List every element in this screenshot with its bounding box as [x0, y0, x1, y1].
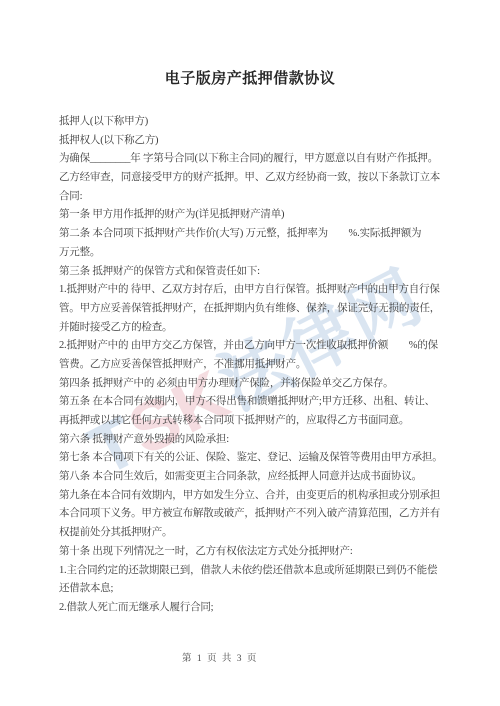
document-line: 乙方经审查，同意接受甲方的财产抵押。甲、乙双方经协商一致，按以下条款订立本: [59, 169, 451, 188]
document-line: 第六条 抵押财产意外毁损的风险承担:: [59, 431, 451, 450]
document-line: 第一条 甲方用作抵押的财产为(详见抵押财产清单): [59, 206, 451, 225]
document-line: 第八条 本合同生效后，如需变更主合同条款，应经抵押人同意并达成书面协议。: [59, 468, 451, 487]
document-line: 管。甲方应妥善保管抵押财产，在抵押期内负有维修、保养，保证完好无损的责任，: [59, 300, 451, 319]
document-line: 第四条 抵押财产中的 必须由甲方办理财产保险，并将保险单交乙方保存。: [59, 375, 451, 394]
document-line: 1.主合同约定的还款期限已到，借款人未依约偿还借款本息或所延期限已到仍不能偿: [59, 562, 451, 581]
document-line: 抵押人(以下称甲方): [59, 113, 451, 132]
document-line: 第十条 出现下列情况之一时，乙方有权依法定方式处分抵押财产:: [59, 543, 451, 562]
document-line: 为确保________年 字第号合同(以下称主合同)的履行，甲方愿意以自有财产作…: [59, 150, 451, 169]
document-line: 2.借款人死亡而无继承人履行合同;: [59, 599, 451, 618]
document-line: 第三条 抵押财产的保管方式和保管责任如下:: [59, 263, 451, 282]
document-line: 并随时接受乙方的检查。: [59, 319, 451, 338]
document-line: 管费。乙方应妥善保管抵押财产，不准挪用抵押财产。: [59, 356, 451, 375]
document-line: 1.抵押财产中的 待甲、乙双方封存后，由甲方自行保管。抵押财产中的由甲方自行保: [59, 281, 451, 300]
document-line: 抵押权人(以下称乙方): [59, 132, 451, 151]
document-title: 电子版房产抵押借款协议: [0, 67, 500, 88]
document-body: 抵押人(以下称甲方)抵押权人(以下称乙方)为确保________年 字第号合同(…: [59, 113, 451, 618]
document-line: 第七条 本合同项下有关的公证、保险、鉴定、登记、运输及保管等费用由甲方承担。: [59, 449, 451, 468]
document-line: 万元整。: [59, 244, 451, 263]
document-line: 合同:: [59, 188, 451, 207]
document-line: 权提前处分其抵押财产。: [59, 524, 451, 543]
page-number-footer: 第 1 页 共 3 页: [0, 650, 440, 664]
document-line: 第五条 在本合同有效期内，甲方不得出售和馈赠抵押财产;甲方迁移、出租、转让、: [59, 393, 451, 412]
document-line: 第九条在本合同有效期内，甲方如发生分立、合并，由变更后的机构承担或分别承担: [59, 487, 451, 506]
document-line: 本合同项下义务。甲方被宣布解散或破产，抵押财产不列入破产清算范围，乙方并有: [59, 505, 451, 524]
document-line: 还借款本息;: [59, 580, 451, 599]
document-line: 2.抵押财产中的 由甲方交乙方保管，并由乙方向甲方一次性收取抵押价额 %的保: [59, 337, 451, 356]
document-page: TSK法律网 电子版房产抵押借款协议 抵押人(以下称甲方)抵押权人(以下称乙方)…: [0, 0, 500, 706]
document-line: 第二条 本合同项下抵押财产共作价(大写) 万元整，抵押率为 %.实际抵押额为: [59, 225, 451, 244]
document-line: 再抵押或以其它任何方式转移本合同项下抵押财产的，应取得乙方书面同意。: [59, 412, 451, 431]
